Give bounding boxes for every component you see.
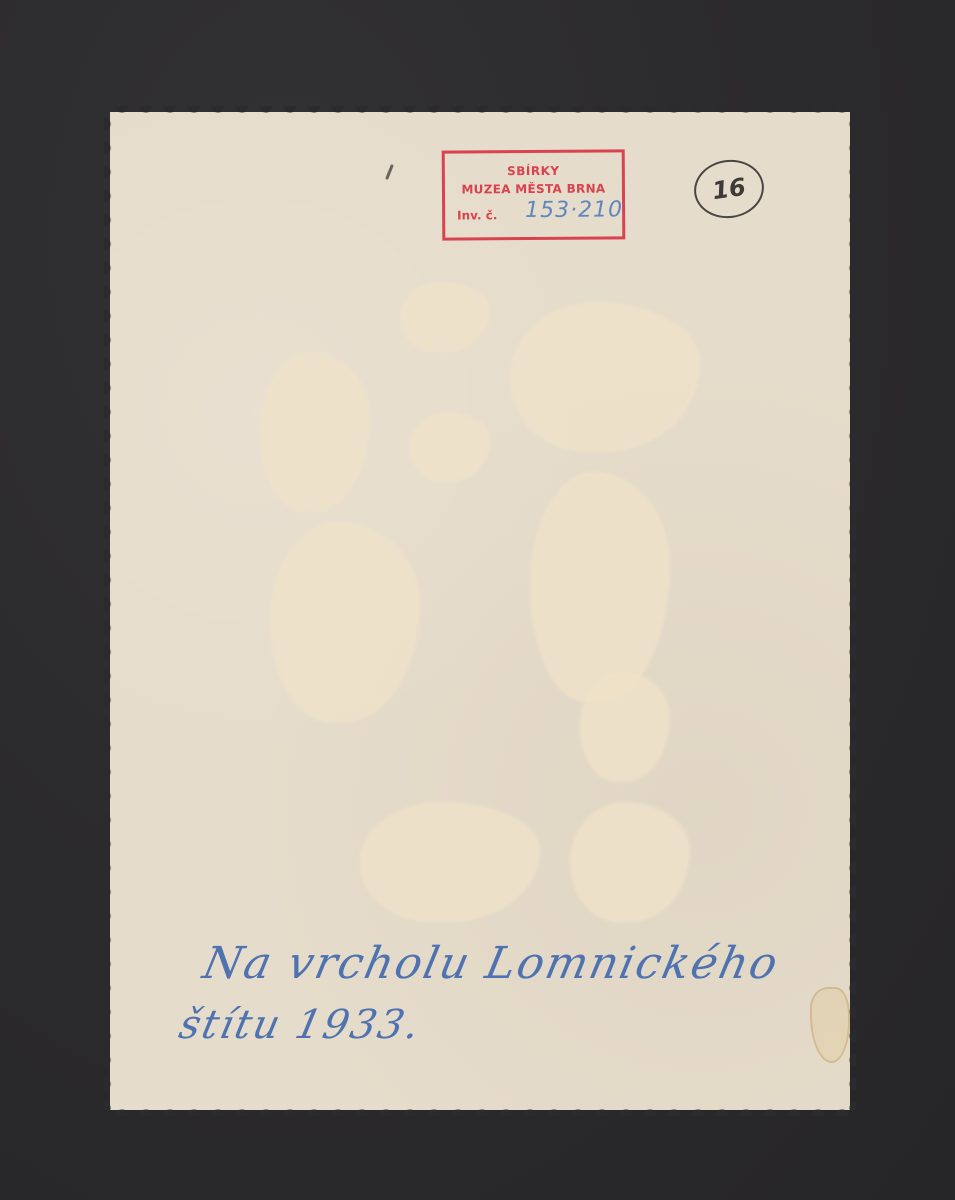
stamp-inventory-number: 153·210 — [525, 197, 623, 223]
circled-number-text: 16 — [711, 173, 748, 205]
glue-stain — [580, 672, 670, 782]
stamp-inventory-label: Inv. č. — [457, 208, 497, 222]
photo-card-back: SBÍRKY MUZEA MĚSTA BRNA Inv. č. 153·210 … — [110, 112, 850, 1110]
glue-stain — [410, 412, 490, 482]
handwritten-caption-line-2: štítu 1933. — [175, 1002, 425, 1048]
glue-stain — [360, 802, 540, 922]
glue-stain — [400, 282, 490, 352]
water-stain — [810, 987, 850, 1063]
pencil-tick-mark — [385, 164, 394, 180]
stamp-museum-name: MUZEA MĚSTA BRNA — [445, 181, 622, 196]
stamp-collection-label: SBÍRKY — [445, 163, 622, 178]
glue-stain — [270, 522, 420, 722]
glue-stain — [510, 302, 700, 452]
museum-inventory-stamp: SBÍRKY MUZEA MĚSTA BRNA Inv. č. 153·210 — [442, 149, 626, 240]
pencil-circled-number: 16 — [690, 155, 767, 222]
glue-stain — [260, 352, 370, 512]
glue-stain — [530, 472, 670, 702]
glue-stain — [570, 802, 690, 922]
handwritten-caption-line-1: Na vrcholu Lomnického — [199, 938, 784, 989]
